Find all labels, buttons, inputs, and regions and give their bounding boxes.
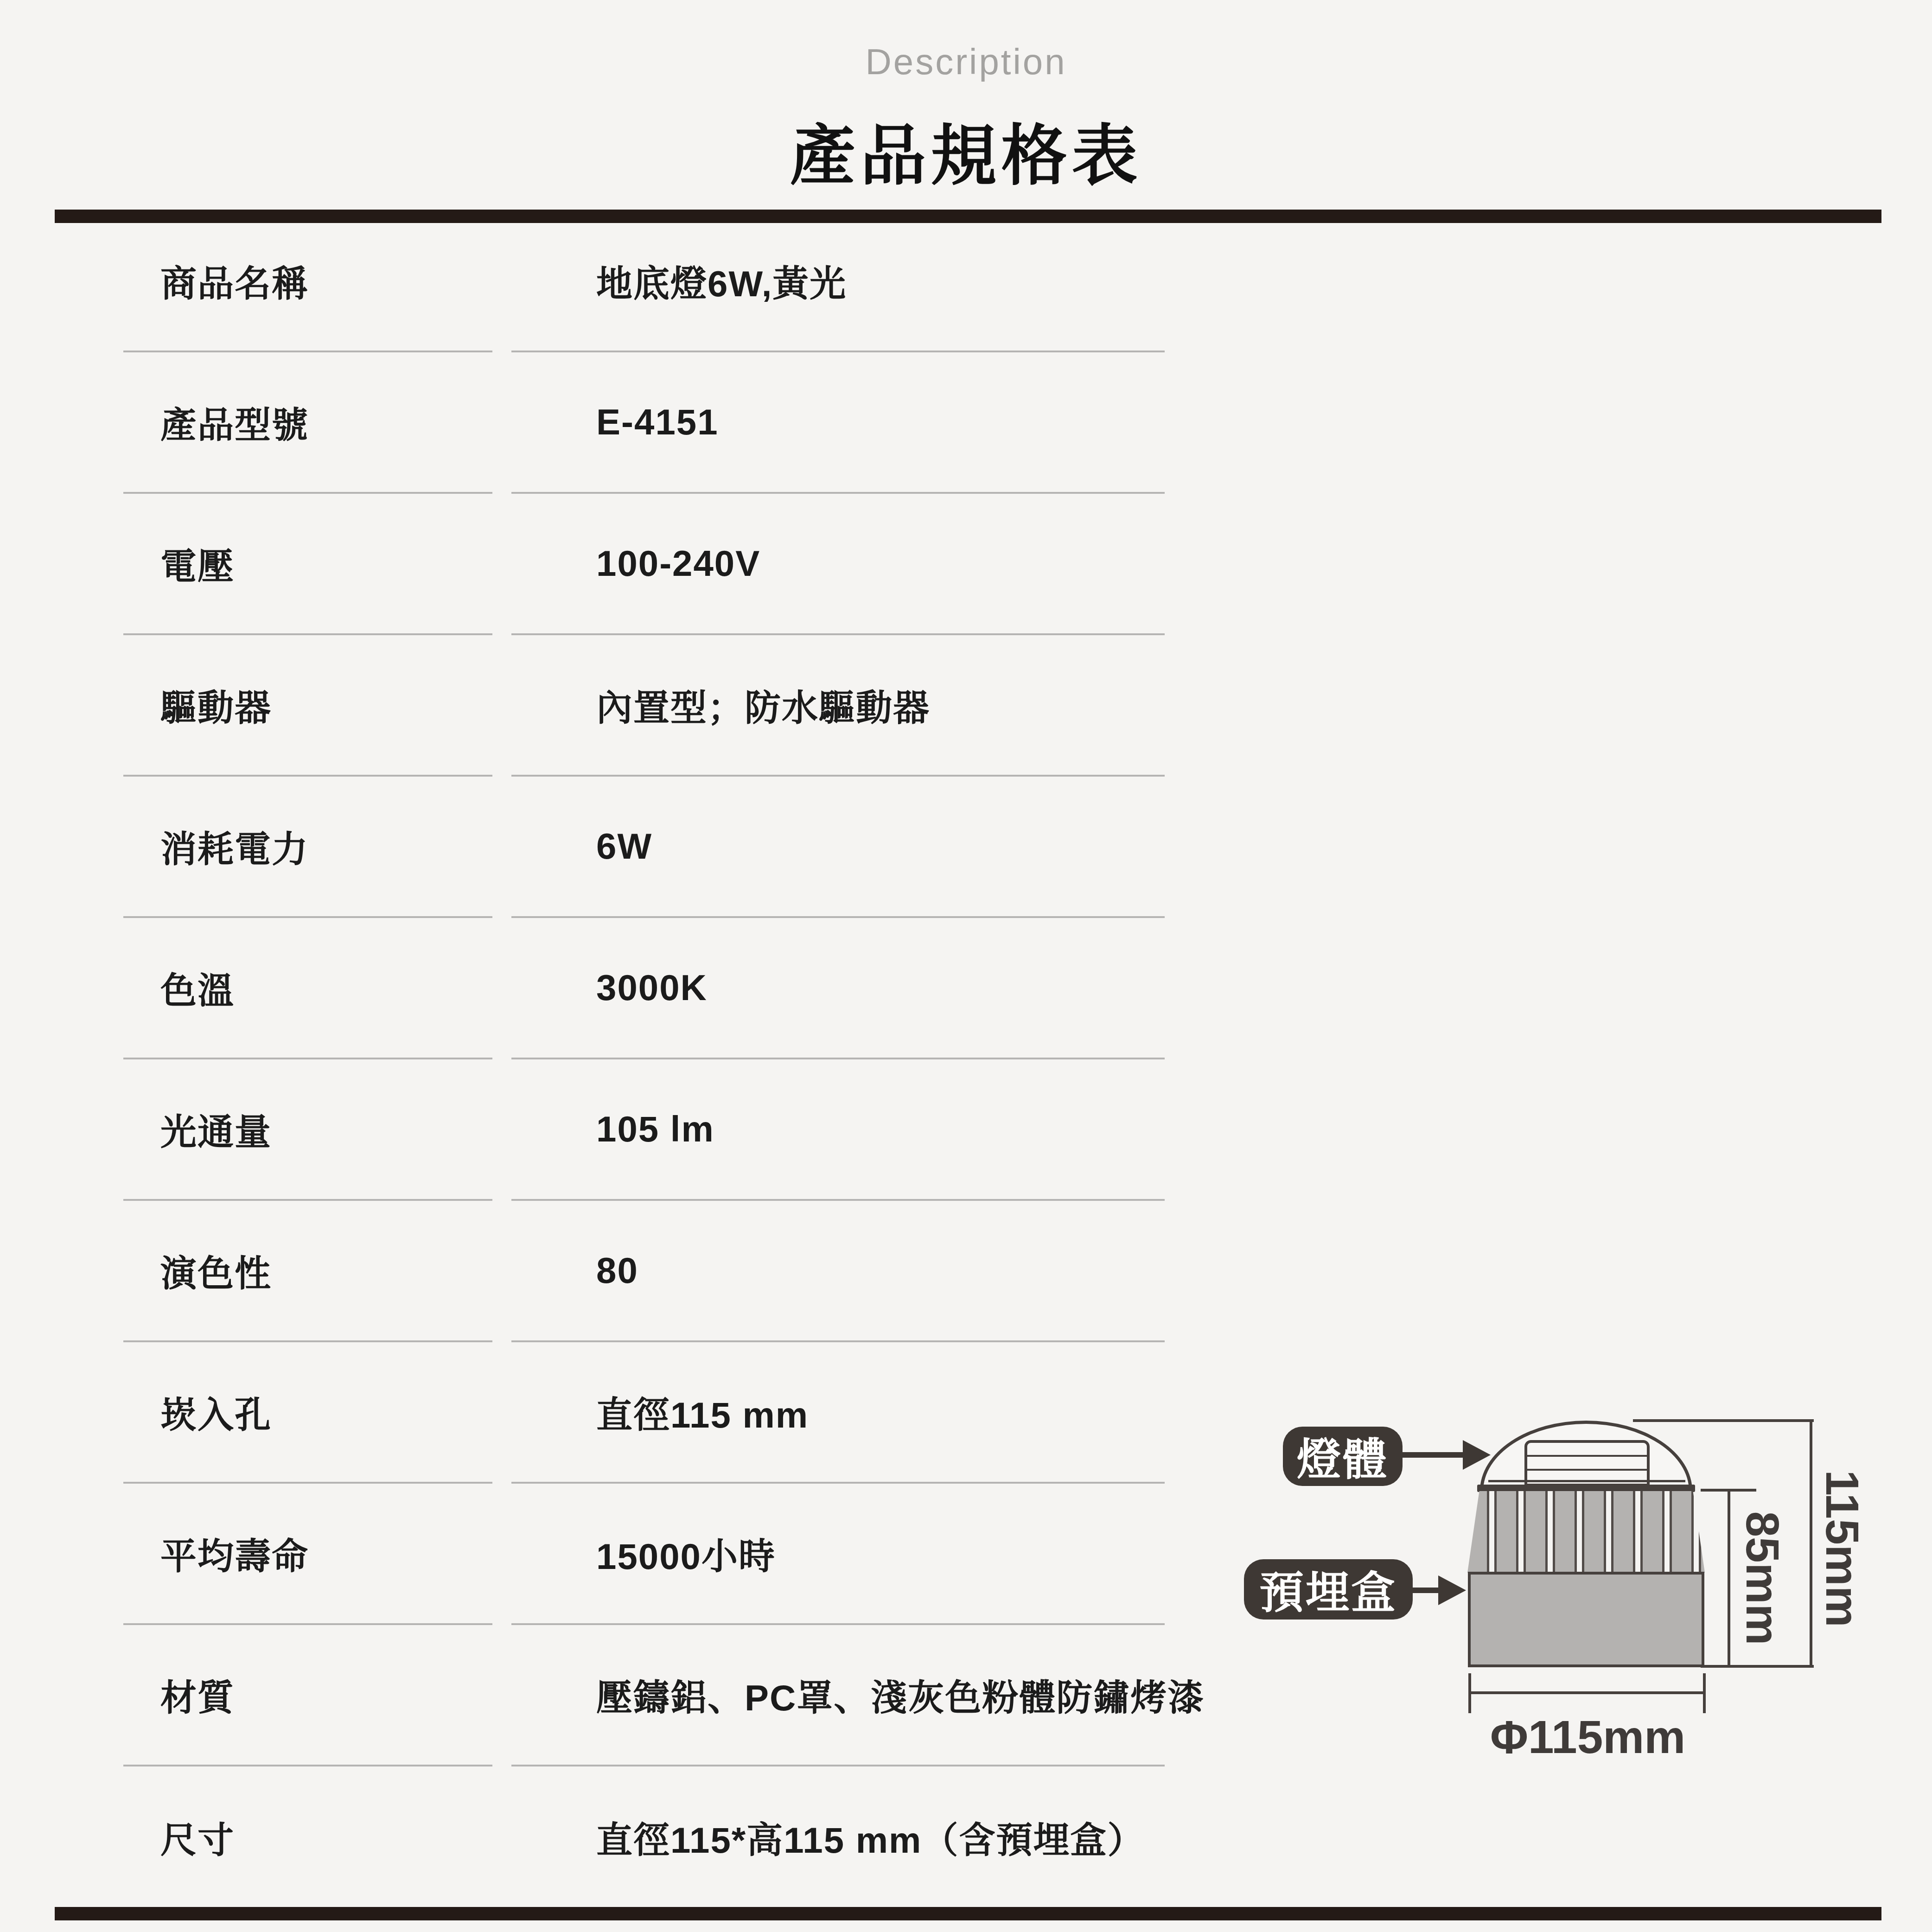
spec-value: E-4151 — [511, 352, 1165, 494]
spec-label: 產品型號 — [123, 352, 492, 494]
spec-row: 產品型號E-4151 — [123, 352, 1165, 494]
lamp-body-badge: 燈體 — [1283, 1427, 1403, 1486]
lamp-rim — [1477, 1485, 1695, 1492]
bottom-divider-bar — [55, 1907, 1881, 1920]
spec-row: 驅動器內置型；防水驅動器 — [123, 635, 1165, 777]
spec-value: 地底燈6W,黃光 — [511, 211, 1165, 352]
spec-row: 尺寸直徑115*高115 mm（含預埋盒） — [123, 1766, 1165, 1908]
dim-label-85mm: 85mm — [1735, 1511, 1789, 1645]
embedded-box-badge: 預埋盒 — [1244, 1559, 1413, 1620]
spec-row: 電壓100-240V — [123, 494, 1165, 635]
dim-line-diameter — [1470, 1691, 1706, 1694]
spec-value: 105 lm — [511, 1059, 1165, 1201]
spec-row: 材質壓鑄鋁、PC罩、淺灰色粉體防鏽烤漆 — [123, 1625, 1165, 1766]
spec-value: 3000K — [511, 918, 1165, 1059]
dim-line-115 — [1810, 1421, 1812, 1668]
spec-row: 色溫3000K — [123, 918, 1165, 1059]
dim-line-85 — [1728, 1490, 1730, 1666]
product-spec-sheet: Description 產品規格表 商品名稱地底燈6W,黃光產品型號E-4151… — [0, 0, 1932, 1932]
dim-tick-diameter-left — [1468, 1673, 1471, 1713]
section-eyebrow: Description — [0, 41, 1932, 83]
spec-value: 內置型；防水驅動器 — [511, 635, 1165, 777]
dome-baseline — [1488, 1480, 1685, 1482]
spec-value: 壓鑄鋁、PC罩、淺灰色粉體防鏽烤漆 — [511, 1625, 1165, 1766]
spec-value: 100-240V — [511, 494, 1165, 635]
dim-tick-85-top — [1701, 1489, 1756, 1492]
spec-label: 光通量 — [123, 1059, 492, 1201]
lens-line — [1527, 1455, 1647, 1457]
spec-label: 崁入孔 — [123, 1342, 492, 1484]
lens-line — [1527, 1469, 1647, 1471]
spec-row: 光通量105 lm — [123, 1059, 1165, 1201]
spec-row: 演色性80 — [123, 1201, 1165, 1342]
spec-value: 6W — [511, 777, 1165, 918]
spec-value: 15000小時 — [511, 1484, 1165, 1625]
spec-table: 商品名稱地底燈6W,黃光產品型號E-4151電壓100-240V驅動器內置型；防… — [123, 211, 1165, 1908]
spec-row: 平均壽命15000小時 — [123, 1484, 1165, 1625]
dim-tick-diameter-right — [1703, 1673, 1706, 1713]
spec-value: 直徑115*高115 mm（含預埋盒） — [511, 1766, 1165, 1908]
dim-label-115mm: 115mm — [1815, 1470, 1868, 1627]
lamp-body-arrowhead-icon — [1463, 1440, 1491, 1470]
spec-label: 尺寸 — [123, 1766, 492, 1908]
dim-tick-bottom — [1701, 1665, 1814, 1668]
spec-label: 商品名稱 — [123, 211, 492, 352]
spec-label: 驅動器 — [123, 635, 492, 777]
spec-label: 消耗電力 — [123, 777, 492, 918]
lamp-body-arrow — [1403, 1452, 1466, 1458]
spec-label: 電壓 — [123, 494, 492, 635]
embedded-box-shape — [1468, 1572, 1704, 1667]
embedded-box-arrowhead-icon — [1438, 1575, 1466, 1605]
lamp-lens-window — [1524, 1440, 1650, 1486]
spec-label: 演色性 — [123, 1201, 492, 1342]
spec-value: 80 — [511, 1201, 1165, 1342]
spec-label: 平均壽命 — [123, 1484, 492, 1625]
spec-row: 消耗電力6W — [123, 777, 1165, 918]
dim-tick-115-top — [1633, 1419, 1814, 1422]
embedded-box-arrow — [1412, 1588, 1441, 1593]
spec-label: 色溫 — [123, 918, 492, 1059]
spec-label: 材質 — [123, 1625, 492, 1766]
lamp-dome — [1480, 1421, 1692, 1491]
page-title: 產品規格表 — [0, 103, 1932, 198]
spec-value: 直徑115 mm — [511, 1342, 1165, 1484]
spec-row: 商品名稱地底燈6W,黃光 — [123, 211, 1165, 352]
spec-row: 崁入孔直徑115 mm — [123, 1342, 1165, 1484]
dim-label-diameter: Φ115mm — [1470, 1711, 1706, 1764]
heatsink-fins — [1467, 1491, 1705, 1573]
